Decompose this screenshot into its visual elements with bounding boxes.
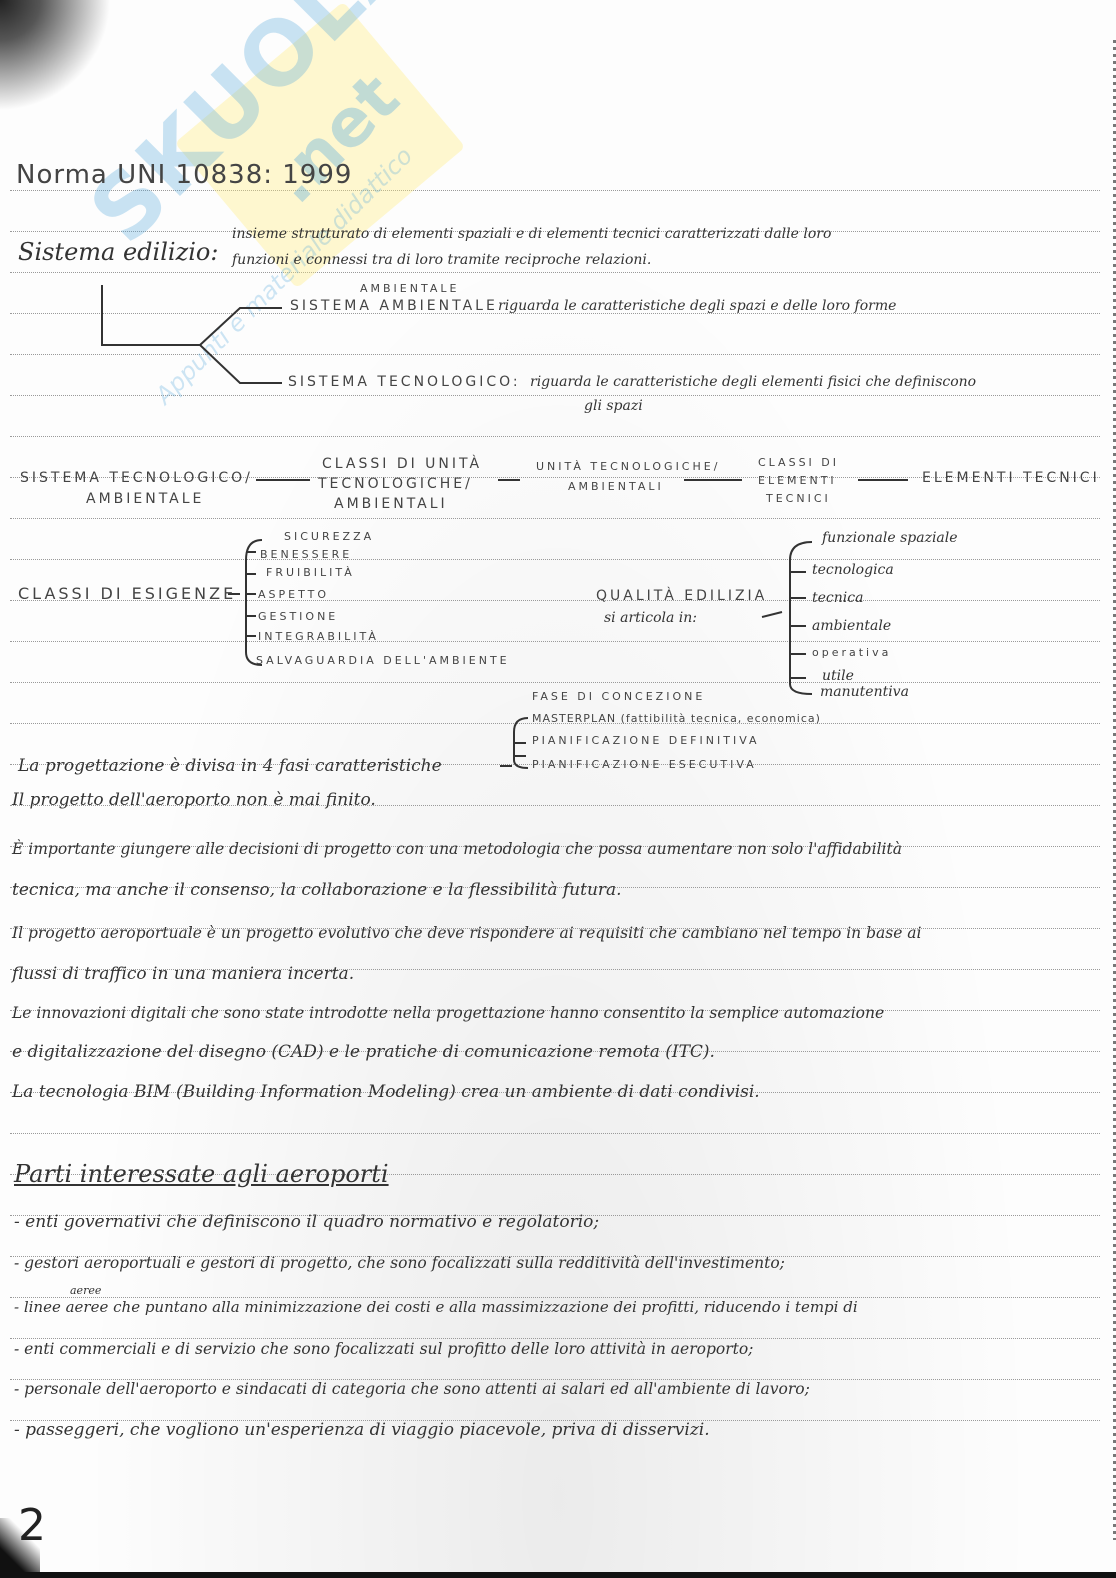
qualita-edilizia-label-2: si articola in:: [604, 610, 697, 626]
paragraph-line: Il progetto aeroportuale è un progetto e…: [12, 924, 922, 942]
esigenza-item: SICUREZZA: [284, 530, 374, 543]
chain-node-4-line3: TECNICI: [766, 492, 831, 505]
esigenza-item: FRUIBILITÀ: [266, 566, 355, 579]
esigenza-item: INTEGRABILITÀ: [258, 630, 379, 643]
ruled-line: [10, 682, 1100, 683]
esigenza-item: GESTIONE: [258, 610, 338, 623]
chain-node-3-line2: AMBIENTALI: [568, 480, 664, 493]
branch-sistema-tecnologico: SISTEMA TECNOLOGICO:: [288, 374, 521, 390]
ruled-line: [10, 559, 1100, 560]
branch-sistema-tecnologico-desc: riguarda le caratteristiche degli elemen…: [530, 374, 976, 390]
ruled-line: [10, 272, 1100, 273]
ruled-line: [10, 436, 1100, 437]
stakeholder-item: - linee aeree che puntano alla minimizza…: [14, 1298, 858, 1316]
branch-sistema-ambientale-desc: riguarda le caratteristiche degli spazi …: [498, 298, 896, 314]
stakeholder-item: - enti governativi che definiscono il qu…: [14, 1212, 599, 1232]
chain-node-3: UNITÀ TECNOLOGICHE/: [536, 460, 720, 473]
chain-node-4-line2: ELEMENTI: [758, 474, 837, 487]
ruled-line: [10, 641, 1100, 642]
paragraph-line: Le innovazioni digitali che sono state i…: [12, 1004, 884, 1022]
qualita-item: operativa: [812, 646, 891, 659]
esigenza-item: ASPETTO: [258, 588, 329, 601]
chain-node-1-line2: AMBIENTALE: [86, 491, 204, 507]
fase-item: FASE DI CONCEZIONE: [532, 690, 705, 703]
paragraph-line: e digitalizzazione del disegno (CAD) e l…: [12, 1042, 715, 1062]
notebook-page: SKUOLA .net Appunti e materiale didattic…: [0, 0, 1116, 1578]
esigenza-item: SALVAGUARDIA DELL'AMBIENTE: [256, 654, 510, 667]
page-number: 2: [18, 1500, 46, 1551]
qualita-edilizia-label: QUALITÀ EDILIZIA: [596, 588, 767, 604]
sistema-edilizio-label: Sistema edilizio:: [18, 238, 218, 266]
chain-node-5: ELEMENTI TECNICI: [922, 470, 1100, 486]
scan-edge: [0, 1572, 1116, 1578]
ruled-line: [10, 395, 1100, 396]
correction-aeree: aeree: [70, 1284, 101, 1297]
qualita-item: funzionale spaziale: [822, 530, 958, 546]
sistema-edilizio-definition-1: insieme strutturato di elementi spaziali…: [232, 226, 831, 242]
fase-item: PIANIFICAZIONE DEFINITIVA: [532, 734, 760, 747]
paragraph-line: flussi di traffico in una maniera incert…: [12, 964, 354, 984]
paragraph-line: tecnica, ma anche il consenso, la collab…: [12, 880, 622, 900]
qualita-item: manutentiva: [820, 684, 909, 700]
stakeholder-item: - passeggeri, che vogliono un'esperienza…: [14, 1420, 710, 1440]
qualita-item: utile: [822, 668, 854, 684]
sistema-edilizio-definition-2: funzioni e connessi tra di loro tramite …: [232, 252, 651, 268]
watermark-brand: SKUOLA: [70, 0, 434, 263]
qualita-item: tecnica: [812, 590, 863, 606]
qualita-item: ambientale: [812, 618, 891, 634]
ruled-line: [10, 1133, 1100, 1134]
paragraph-line: La tecnologia BIM (Building Information …: [12, 1082, 760, 1102]
chain-node-4: CLASSI DI: [758, 456, 839, 469]
stakeholder-item: - personale dell'aeroporto e sindacati d…: [14, 1380, 810, 1398]
ruled-line: [10, 190, 1100, 191]
page-heading: Norma UNI 10838: 1999: [16, 160, 352, 190]
chain-node-2-line3: AMBIENTALI: [334, 496, 448, 512]
chain-node-1: SISTEMA TECNOLOGICO/: [20, 470, 253, 486]
fase-item: PIANIFICAZIONE ESECUTIVA: [532, 758, 757, 771]
esigenza-item: BENESSERE: [260, 548, 352, 561]
branch-sistema-ambientale: SISTEMA AMBIENTALE: [290, 298, 498, 314]
stakeholders-heading: Parti interessate agli aeroporti: [14, 1160, 389, 1188]
paragraph-line: Il progetto dell'aeroporto non è mai fin…: [12, 790, 376, 810]
ruled-line: [10, 518, 1100, 519]
chain-node-2: CLASSI DI UNITÀ: [322, 456, 482, 472]
correction-ambientale: AMBIENTALE: [360, 282, 459, 295]
chain-node-2-line2: TECNOLOGICHE/: [318, 476, 473, 492]
qualita-item: tecnologica: [812, 562, 894, 578]
fasi-intro: La progettazione è divisa in 4 fasi cara…: [18, 756, 442, 776]
watermark-tld: .net: [255, 59, 414, 218]
classi-esigenze-label: CLASSI DI ESIGENZE: [18, 584, 236, 603]
ruled-line: [10, 1338, 1100, 1339]
fase-item: MASTERPLAN (fattibilità tecnica, economi…: [532, 712, 821, 725]
paragraph-line: È importante giungere alle decisioni di …: [12, 840, 902, 858]
branch-sistema-tecnologico-desc-cont: gli spazi: [584, 398, 643, 414]
ruled-line: [10, 354, 1100, 355]
stakeholder-item: - gestori aeroportuali e gestori di prog…: [14, 1254, 785, 1272]
stakeholder-item: - enti commerciali e di servizio che son…: [14, 1340, 753, 1358]
